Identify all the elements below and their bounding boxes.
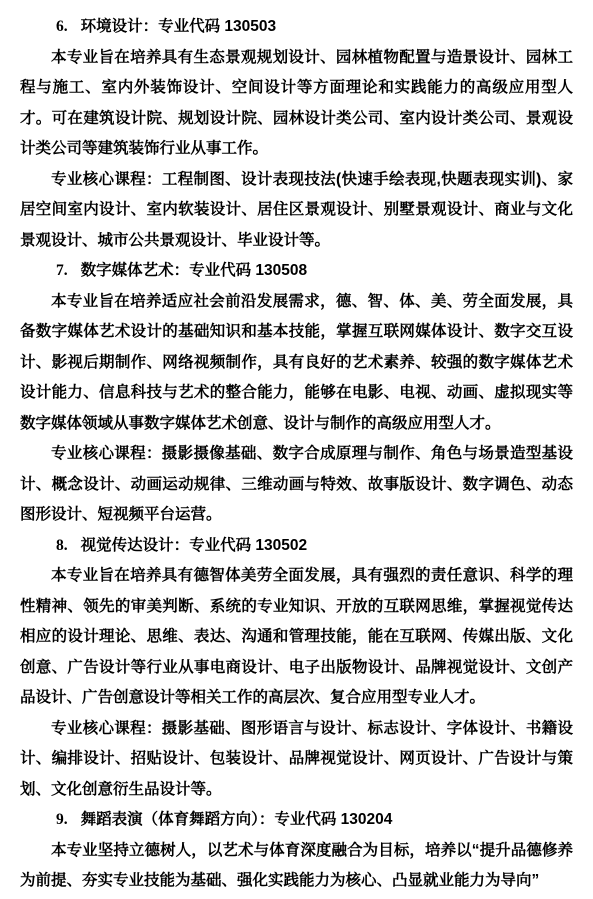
section-number: 9. [56,805,68,836]
section-title: 数字媒体艺术：专业代码 130508 [81,262,308,279]
section-heading: 6.环境设计：专业代码 130503 [20,12,573,43]
section-number: 6. [56,12,68,43]
section-courses-paragraph: 专业核心课程：摄影摄像基础、数字合成原理与制作、角色与场景造型基设计、概念设计、… [20,439,573,531]
section-intro-paragraph: 本专业旨在培养具有生态景观规划设计、园林植物配置与造景设计、园林工程与施工、室内… [20,43,573,165]
section-intro-paragraph: 本专业坚持立德树人，以艺术与体育深度融合为目标，培养以“提升品德修养为前提、夯实… [20,836,573,897]
section-environment-design: 6.环境设计：专业代码 130503 本专业旨在培养具有生态景观规划设计、园林植… [20,12,573,256]
section-title: 视觉传达设计：专业代码 130502 [81,537,308,554]
document-page: 6.环境设计：专业代码 130503 本专业旨在培养具有生态景观规划设计、园林植… [0,0,593,899]
section-courses-paragraph: 专业核心课程：摄影基础、图形语言与设计、标志设计、字体设计、书籍设计、编排设计、… [20,714,573,806]
section-digital-media-art: 7.数字媒体艺术：专业代码 130508 本专业旨在培养适应社会前沿发展需求，德… [20,256,573,531]
section-heading: 8.视觉传达设计：专业代码 130502 [20,531,573,562]
section-intro-paragraph: 本专业旨在培养适应社会前沿发展需求，德、智、体、美、劳全面发展，具备数字媒体艺术… [20,287,573,440]
section-title: 环境设计：专业代码 130503 [81,18,277,35]
section-dance-performance: 9.舞蹈表演（体育舞蹈方向）：专业代码 130204 本专业坚持立德树人，以艺术… [20,805,573,897]
section-visual-communication-design: 8.视觉传达设计：专业代码 130502 本专业旨在培养具有德智体美劳全面发展，… [20,531,573,806]
section-number: 7. [56,256,68,287]
section-number: 8. [56,531,68,562]
section-intro-paragraph: 本专业旨在培养具有德智体美劳全面发展，具有强烈的责任意识、科学的理性精神、领先的… [20,561,573,714]
section-courses-paragraph: 专业核心课程：工程制图、设计表现技法(快速手绘表现,快题表现实训)、家居空间室内… [20,165,573,257]
section-heading: 9.舞蹈表演（体育舞蹈方向）：专业代码 130204 [20,805,573,836]
section-heading: 7.数字媒体艺术：专业代码 130508 [20,256,573,287]
section-title: 舞蹈表演（体育舞蹈方向）：专业代码 130204 [81,811,393,828]
